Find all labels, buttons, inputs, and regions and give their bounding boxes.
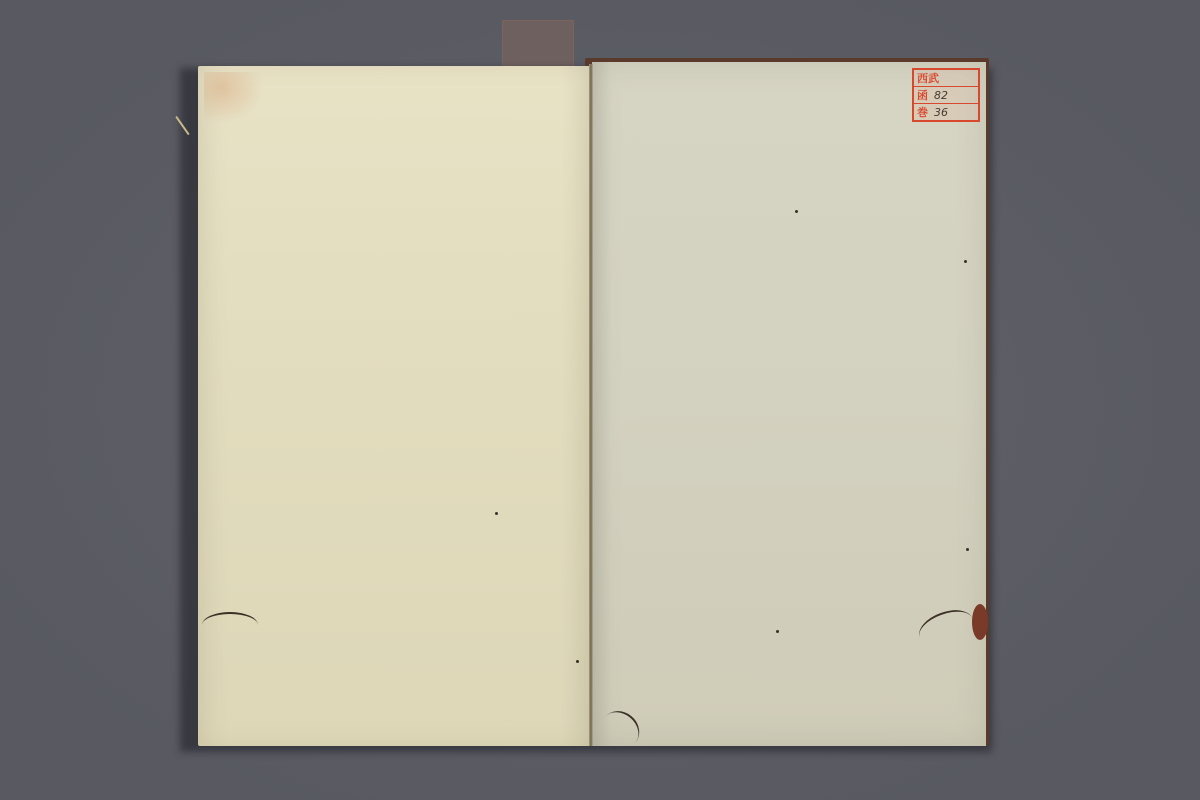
paper-speck [966,548,969,551]
stamp-row-3: 巻 36 [914,104,978,121]
corner-stain [204,72,264,124]
stamp-row-2: 函 82 [914,87,978,104]
book-spine-gutter [589,64,593,746]
stamp-row-1: 西武 [914,70,978,87]
stamp-value: 36 [934,107,948,118]
paper-speck [576,660,579,663]
stamp-label: 西武 [917,73,939,84]
stamp-value: 82 [934,90,948,101]
library-stamp: 西武 函 82 巻 36 [912,68,980,122]
paper-speck [495,512,498,515]
worm-damage-blot [972,604,988,640]
paper-speck [776,630,779,633]
paper-speck [964,260,967,263]
paper-speck [795,210,798,213]
stamp-label: 函 [917,90,928,101]
paper-crack [202,612,258,638]
left-page [198,66,592,746]
stamp-label: 巻 [917,107,928,118]
